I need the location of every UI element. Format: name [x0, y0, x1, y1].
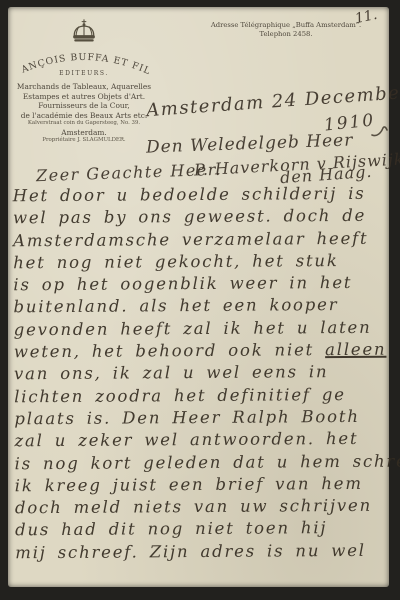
letterhead-line: de l'académie des Beaux Arts etc.	[21, 111, 148, 121]
crown-icon	[69, 19, 99, 43]
letter-line: zal u zeker wel antwoorden. het	[14, 429, 386, 454]
letterhead-line: Estampes et autres Objets d'Art.	[23, 92, 145, 102]
letter-line: het nog niet gekocht, het stuk	[13, 251, 385, 276]
letter-line-text: weten, het behoord ook niet	[14, 340, 325, 361]
letterhead-line: Fournisseurs de la Cour,	[38, 101, 130, 111]
letterhead-line: Marchands de Tableaux, Aquarelles	[17, 82, 151, 92]
letter-line: plaats is. Den Heer Ralph Booth	[14, 407, 386, 432]
letter-line: doch meld niets van uw schrijven	[15, 496, 387, 521]
telegraph-block: Adresse Télégraphique „Buffa Amsterdam".…	[193, 21, 379, 39]
letter-line: mij schreef. Zijn adres is nu wel	[15, 540, 387, 565]
letter-paper: FRANÇOIS BUFFA ET FILS. EDITEURS. Marcha…	[8, 7, 389, 587]
letter-line: lichten zoodra het definitief ge	[14, 384, 386, 409]
salutation: Zeer Geachte Heer.	[36, 160, 222, 185]
photo-background: FRANÇOIS BUFFA ET FILS. EDITEURS. Marcha…	[0, 0, 400, 600]
letter-line: ik kreeg juist een brief van hem	[15, 474, 387, 499]
letter-line: Amsterdamsche verzamelaar heeft	[13, 228, 385, 253]
letter-line: dus had dit nog niet toen hij	[15, 518, 387, 543]
letter-line: weten, het behoord ook niet alleen	[14, 340, 386, 365]
letter-line: buitenland. als het een kooper	[13, 295, 385, 320]
letter-line: is op het oogenblik weer in het	[13, 273, 385, 298]
letterhead-address: Kalverstraat coin du Gapersteeg, No. 39.	[28, 120, 140, 128]
letter-body: Het door u bedoelde schilderij is wel pa…	[13, 184, 388, 566]
letter-line: gevonden heeft zal ik het u laten	[14, 317, 386, 342]
letter-line: wel pas by ons geweest. doch de	[13, 206, 385, 231]
letterhead: FRANÇOIS BUFFA ET FILS. EDITEURS. Marcha…	[12, 19, 156, 145]
letter-line: Het door u bedoelde schilderij is	[13, 184, 385, 209]
letterhead-subtitle: EDITEURS.	[59, 70, 109, 77]
letter-line: is nog kort geleden dat u hem schreef	[15, 451, 387, 476]
telephone-number: Telephon 2458.	[193, 30, 379, 39]
letterhead-city: Amsterdam.	[61, 128, 107, 138]
telegraph-address: Adresse Télégraphique „Buffa Amsterdam".	[193, 21, 379, 30]
letter-line: van ons, ik zal u wel eens in	[14, 362, 386, 387]
letterhead-proprietor: Propriétaire J. SLAGMULDER.	[42, 137, 125, 145]
underlined-word: alleen	[325, 340, 386, 359]
